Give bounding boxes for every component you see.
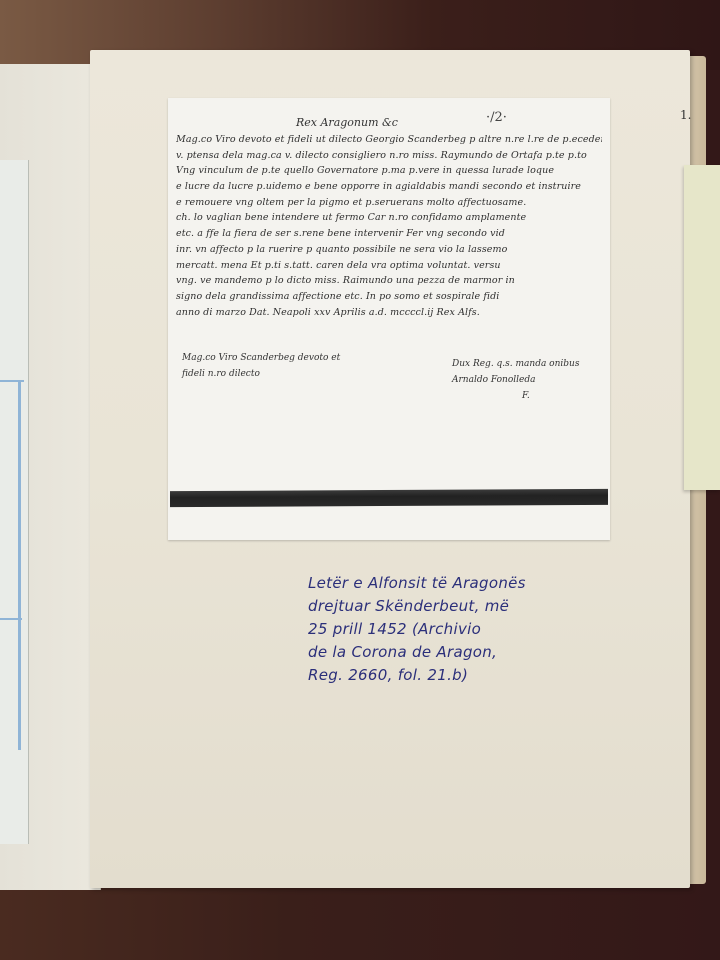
manuscript-line: etc. a ffe la fiera de ser s.rene bene i… [176, 226, 602, 242]
signature-line: Arnaldo Fonolleda [452, 372, 602, 388]
sticky-note-tab[interactable] [684, 165, 720, 490]
address-line: fideli n.ro dilecto [182, 366, 402, 382]
manuscript-heading: Rex Aragonum &c [296, 116, 398, 129]
manuscript-line: Mag.co Viro devoto et fideli ut dilecto … [176, 132, 602, 148]
signature-line: F. [452, 388, 602, 404]
manuscript-address: Mag.co Viro Scanderbeg devoto et fideli … [182, 350, 402, 382]
manuscript-line: anno di marzo Dat. Neapoli xxv Aprilis a… [176, 305, 602, 321]
manuscript-line: Vng vinculum de p.te quello Governatore … [176, 163, 602, 179]
manuscript-line: vng. ve mandemo p lo dicto miss. Raimund… [176, 273, 602, 289]
left-graph-paper-insert [0, 160, 29, 844]
blue-grid-line [0, 618, 22, 620]
caption-line: drejtuar Skënderbeut, më [308, 595, 608, 618]
caption-line: Letër e Alfonsit të Aragonës [308, 572, 608, 595]
manuscript-line: signo dela grandissima affectione etc. I… [176, 289, 602, 305]
manuscript-line: v. ptensa dela mag.ca v. dilecto consigl… [176, 148, 602, 164]
caption-line: 25 prill 1452 (Archivio [308, 618, 608, 641]
caption-line: Reg. 2660, fol. 21.b) [308, 664, 608, 687]
page-marker: 1. [680, 108, 691, 122]
caption-line: de la Corona de Aragon, [308, 641, 608, 664]
manuscript-photograph: Rex Aragonum &c ·/2· Mag.co Viro devoto … [168, 98, 610, 540]
address-line: Mag.co Viro Scanderbeg devoto et [182, 350, 402, 366]
manuscript-line: mercatt. mena Et p.ti s.tatt. caren dela… [176, 258, 602, 274]
photo-dark-band [170, 489, 608, 507]
manuscript-signature: Dux Reg. q.s. manda onibus Arnaldo Fonol… [452, 356, 602, 404]
manuscript-line: ch. lo vaglian bene intendere ut fermo C… [176, 210, 602, 226]
blue-grid-line [18, 380, 21, 750]
manuscript-line: inr. vn affecto p la ruerire p quanto po… [176, 242, 602, 258]
manuscript-body: Mag.co Viro devoto et fideli ut dilecto … [176, 132, 602, 320]
manuscript-folio-mark: ·/2· [486, 110, 507, 125]
manuscript-line: e remouere vng oltem per la pigmo et p.s… [176, 195, 602, 211]
handwritten-caption: Letër e Alfonsit të Aragonës drejtuar Sk… [308, 572, 608, 687]
left-folder-page [0, 64, 101, 890]
manuscript-line: e lucre da lucre p.uidemo e bene opporre… [176, 179, 602, 195]
signature-line: Dux Reg. q.s. manda onibus [452, 356, 602, 372]
